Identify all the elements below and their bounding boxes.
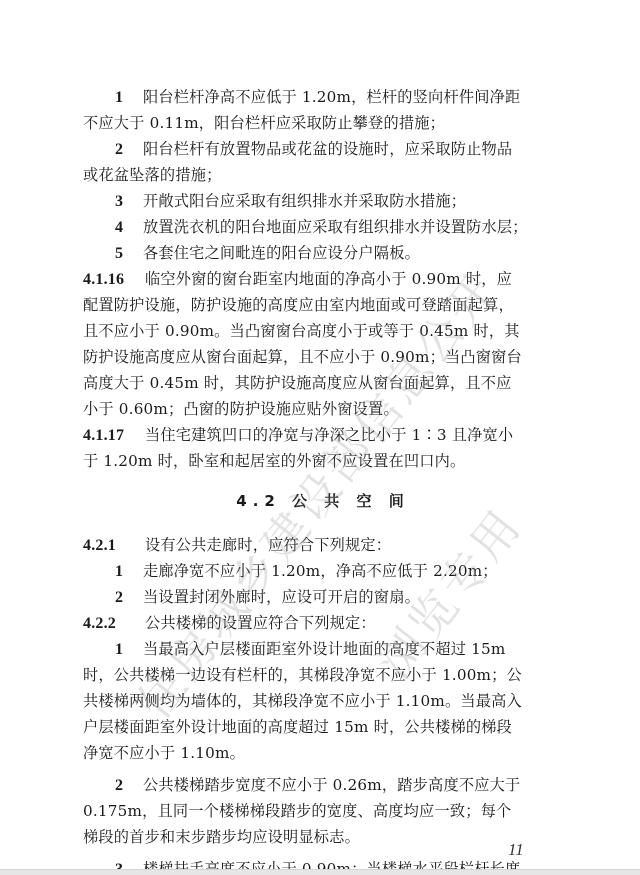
- line-text: 且不应小于 0.90m。当凸窗窗台高度小于或等于 0.45m 时，其: [83, 322, 520, 340]
- line-text: 配置防护设施，防护设施的高度应由室内地面或可登踏面起算，: [83, 296, 514, 314]
- line-text: 梯段的首步和末步踏步均应设明显标志。: [83, 828, 360, 846]
- item-number: 2: [115, 585, 143, 611]
- text-line: 共楼梯两侧均为墙体的，其梯段净宽不应小于 1.10m。当最高入: [83, 688, 522, 714]
- item-number: 2: [115, 773, 143, 799]
- page-bottom-edge: [0, 869, 640, 875]
- item-number: 1: [115, 637, 143, 663]
- line-text: 净宽不应小于 1.10m。: [83, 744, 245, 762]
- item-text: 开敞式阳台应采取有组织排水并采取防水措施；: [143, 192, 466, 210]
- clause-text: 公共楼梯的设置应符合下列规定：: [145, 614, 376, 632]
- page-number: 11: [508, 840, 524, 860]
- text-line: 0.175m，且同一个楼梯梯段踏步的宽度、高度均应一致；每个: [83, 798, 511, 824]
- clause: 4.2.1设有公共走廊时，应符合下列规定：: [83, 532, 391, 558]
- line-text: 小于 0.60m；凸窗的防护设施应贴外窗设置。: [83, 400, 399, 418]
- text-line: 小于 0.60m；凸窗的防护设施应贴外窗设置。: [83, 396, 399, 422]
- item-text: 公共楼梯踏步宽度不应小于 0.26m，踏步高度不应大于: [143, 776, 520, 794]
- document-page: 1阳台栏杆净高不应低于 1.20m，栏杆的竖向杆件间净距 不应大于 0.11m，…: [0, 0, 640, 869]
- text-line: 时，公共楼梯一边设有栏杆的，其梯段净宽不应小于 1.00m；公: [83, 662, 522, 688]
- item-text: 当设置封闭外廊时，应设可开启的窗扇。: [143, 588, 420, 606]
- text-line: 配置防护设施，防护设施的高度应由室内地面或可登踏面起算，: [83, 292, 514, 318]
- item-text: 各套住宅之间毗连的阳台应设分户隔板。: [143, 244, 420, 262]
- text-line: 防护设施高度应从窗台面起算，且不应小于 0.90m；当凸窗窗台: [83, 344, 522, 370]
- list-item: 2公共楼梯踏步宽度不应小于 0.26m，踏步高度不应大于: [115, 772, 520, 798]
- line-text: 高度大于 0.45m 时，其防护设施高度应从窗台面起算，且不应: [83, 374, 512, 392]
- clause: 4.1.16临空外窗的窗台距室内地面的净高小于 0.90m 时，应: [83, 266, 512, 292]
- line-text: 0.175m，且同一个楼梯梯段踏步的宽度、高度均应一致；每个: [83, 802, 511, 820]
- text-line: 梯段的首步和末步踏步均应设明显标志。: [83, 824, 360, 850]
- list-item: 4放置洗衣机的阳台地面应采取有组织排水并设置防水层；: [115, 214, 528, 240]
- section-title: 4.2 公 共 空 间: [83, 488, 563, 514]
- list-item: 1走廊净宽不应小于 1.20m，净高不应低于 2.20m；: [115, 558, 498, 584]
- list-item: 5各套住宅之间毗连的阳台应设分户隔板。: [115, 240, 420, 266]
- item-number: 4: [115, 215, 143, 241]
- list-item: 1当最高入户层楼面距室外设计地面的高度不超过 15m: [115, 636, 506, 662]
- text-line: 或花盆坠落的措施；: [83, 162, 222, 188]
- text-line: 户层楼面距室外设计地面的高度超过 15m 时，公共楼梯的梯段: [83, 714, 512, 740]
- item-number: 5: [115, 241, 143, 267]
- clause-number: 4.2.1: [83, 533, 145, 559]
- line-text: 不应大于 0.11m，阳台栏杆应采取防止攀登的措施；: [83, 114, 445, 132]
- list-item: 1阳台栏杆净高不应低于 1.20m，栏杆的竖向杆件间净距: [115, 84, 520, 110]
- line-text: 户层楼面距室外设计地面的高度超过 15m 时，公共楼梯的梯段: [83, 718, 512, 736]
- text-line: 净宽不应小于 1.10m。: [83, 740, 245, 766]
- item-number: 1: [115, 559, 143, 585]
- list-item: 3开敞式阳台应采取有组织排水并采取防水措施；: [115, 188, 466, 214]
- list-item: 2当设置封闭外廊时，应设可开启的窗扇。: [115, 584, 420, 610]
- item-number: 1: [115, 85, 143, 111]
- list-item: 2阳台栏杆有放置物品或花盆的设施时，应采取防止物品: [115, 136, 512, 162]
- line-text: 或花盆坠落的措施；: [83, 166, 222, 184]
- clause-number: 4.2.2: [83, 611, 145, 637]
- clause-number: 4.1.17: [83, 423, 145, 449]
- item-text: 当最高入户层楼面距室外设计地面的高度不超过 15m: [143, 640, 506, 658]
- item-text: 走廊净宽不应小于 1.20m，净高不应低于 2.20m；: [143, 562, 498, 580]
- line-text: 共楼梯两侧均为墙体的，其梯段净宽不应小于 1.10m。当最高入: [83, 692, 522, 710]
- item-text: 阳台栏杆有放置物品或花盆的设施时，应采取防止物品: [143, 140, 512, 158]
- text-line: 于 1.20m 时，卧室和起居室的外窗不应设置在凹口内。: [83, 448, 465, 474]
- clause-text: 临空外窗的窗台距室内地面的净高小于 0.90m 时，应: [145, 270, 512, 288]
- item-text: 放置洗衣机的阳台地面应采取有组织排水并设置防水层；: [143, 218, 528, 236]
- clause-text: 当住宅建筑凹口的净宽与净深之比小于 1∶3 且净宽小: [145, 426, 513, 444]
- text-line: 且不应小于 0.90m。当凸窗窗台高度小于或等于 0.45m 时，其: [83, 318, 520, 344]
- clause-number: 4.1.16: [83, 267, 145, 293]
- clause: 4.1.17当住宅建筑凹口的净宽与净深之比小于 1∶3 且净宽小: [83, 422, 513, 448]
- line-text: 时，公共楼梯一边设有栏杆的，其梯段净宽不应小于 1.00m；公: [83, 666, 522, 684]
- clause-text: 设有公共走廊时，应符合下列规定：: [145, 536, 391, 554]
- item-text: 阳台栏杆净高不应低于 1.20m，栏杆的竖向杆件间净距: [143, 88, 520, 106]
- clause: 4.2.2公共楼梯的设置应符合下列规定：: [83, 610, 376, 636]
- line-text: 防护设施高度应从窗台面起算，且不应小于 0.90m；当凸窗窗台: [83, 348, 522, 366]
- line-text: 于 1.20m 时，卧室和起居室的外窗不应设置在凹口内。: [83, 452, 465, 470]
- text-line: 不应大于 0.11m，阳台栏杆应采取防止攀登的措施；: [83, 110, 445, 136]
- item-number: 2: [115, 137, 143, 163]
- item-number: 3: [115, 189, 143, 215]
- text-line: 高度大于 0.45m 时，其防护设施高度应从窗台面起算，且不应: [83, 370, 512, 396]
